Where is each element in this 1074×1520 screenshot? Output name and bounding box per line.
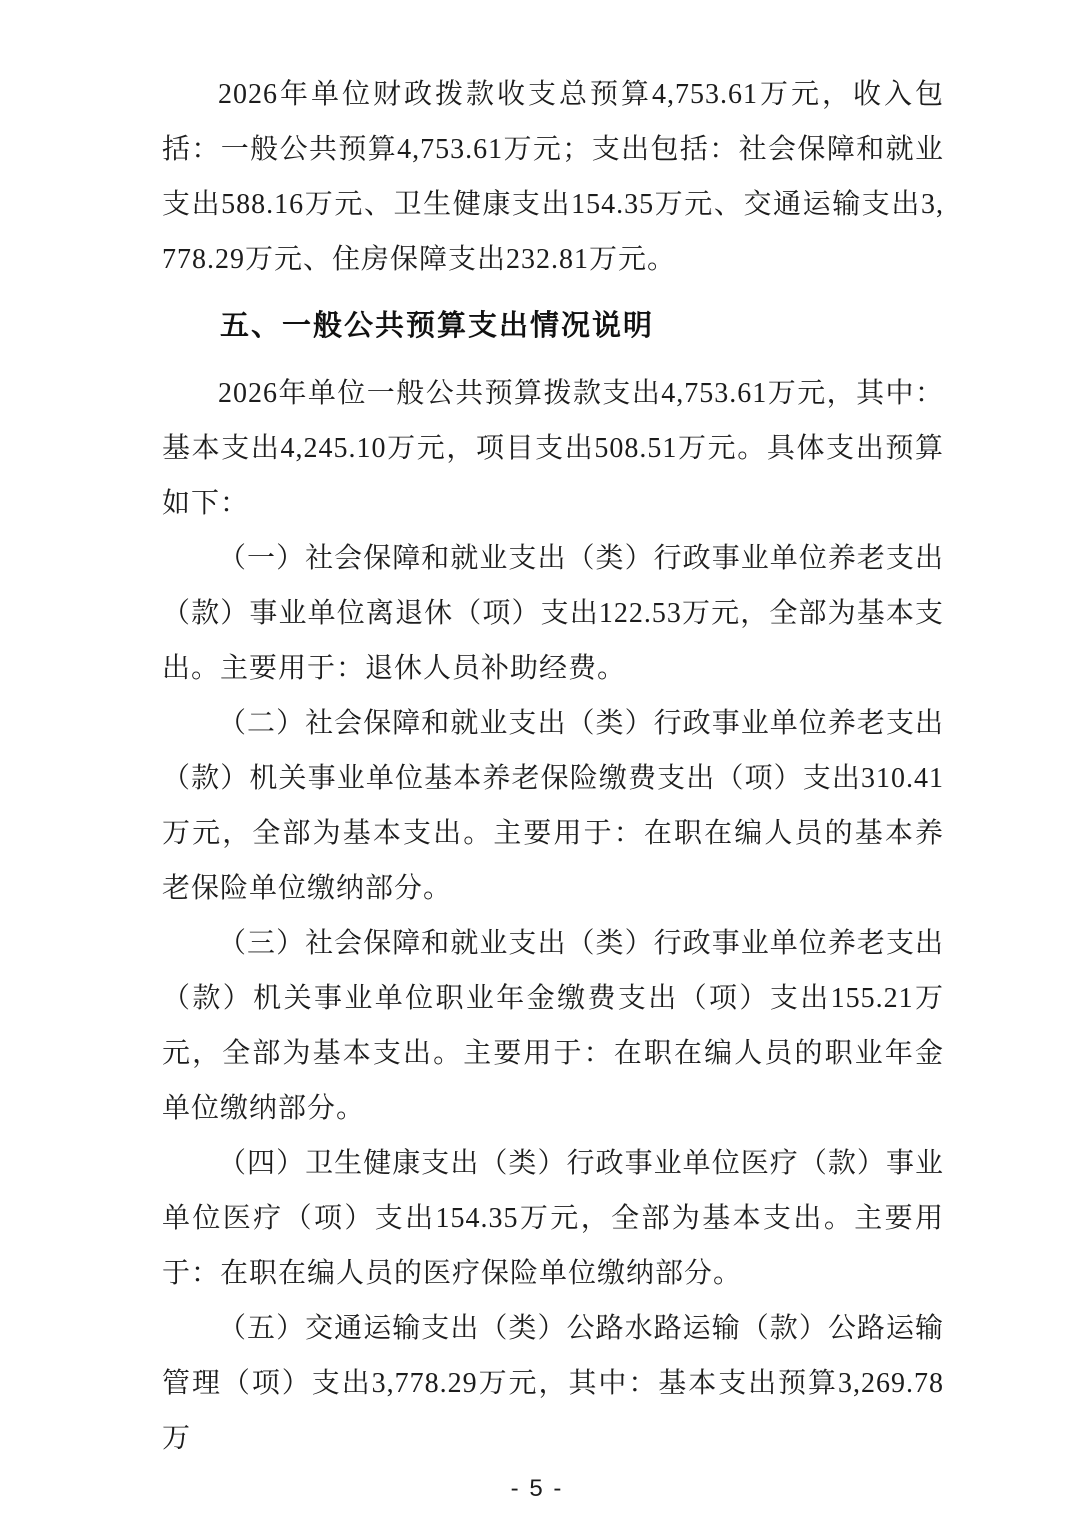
- page-footer: - 5 -: [0, 1476, 1074, 1502]
- paragraph-item-3-occupational-annuity: （三）社会保障和就业支出（类）行政事业单位养老支出（款）机关事业单位职业年金缴费…: [162, 916, 944, 1136]
- section-heading-general-public-budget-expenditure: 五、一般公共预算支出情况说明: [162, 299, 944, 354]
- page-number: - 5 -: [511, 1475, 564, 1502]
- paragraph-item-5-transportation: （五）交通运输支出（类）公路水路运输（款）公路运输管理（项）支出3,778.29…: [162, 1301, 944, 1466]
- paragraph-fiscal-appropriation-summary: 2026年单位财政拨款收支总预算4,753.61万元，收入包括：一般公共预算4,…: [162, 67, 944, 287]
- paragraph-expenditure-overview: 2026年单位一般公共预算拨款支出4,753.61万元，其中：基本支出4,245…: [162, 366, 944, 531]
- paragraph-item-4-health-medical: （四）卫生健康支出（类）行政事业单位医疗（款）事业单位医疗（项）支出154.35…: [162, 1136, 944, 1301]
- document-page: 2026年单位财政拨款收支总预算4,753.61万元，收入包括：一般公共预算4,…: [0, 0, 1074, 1520]
- paragraph-item-2-basic-pension-insurance: （二）社会保障和就业支出（类）行政事业单位养老支出（款）机关事业单位基本养老保险…: [162, 696, 944, 916]
- paragraph-item-1-social-security-retirement: （一）社会保障和就业支出（类）行政事业单位养老支出（款）事业单位离退休（项）支出…: [162, 531, 944, 696]
